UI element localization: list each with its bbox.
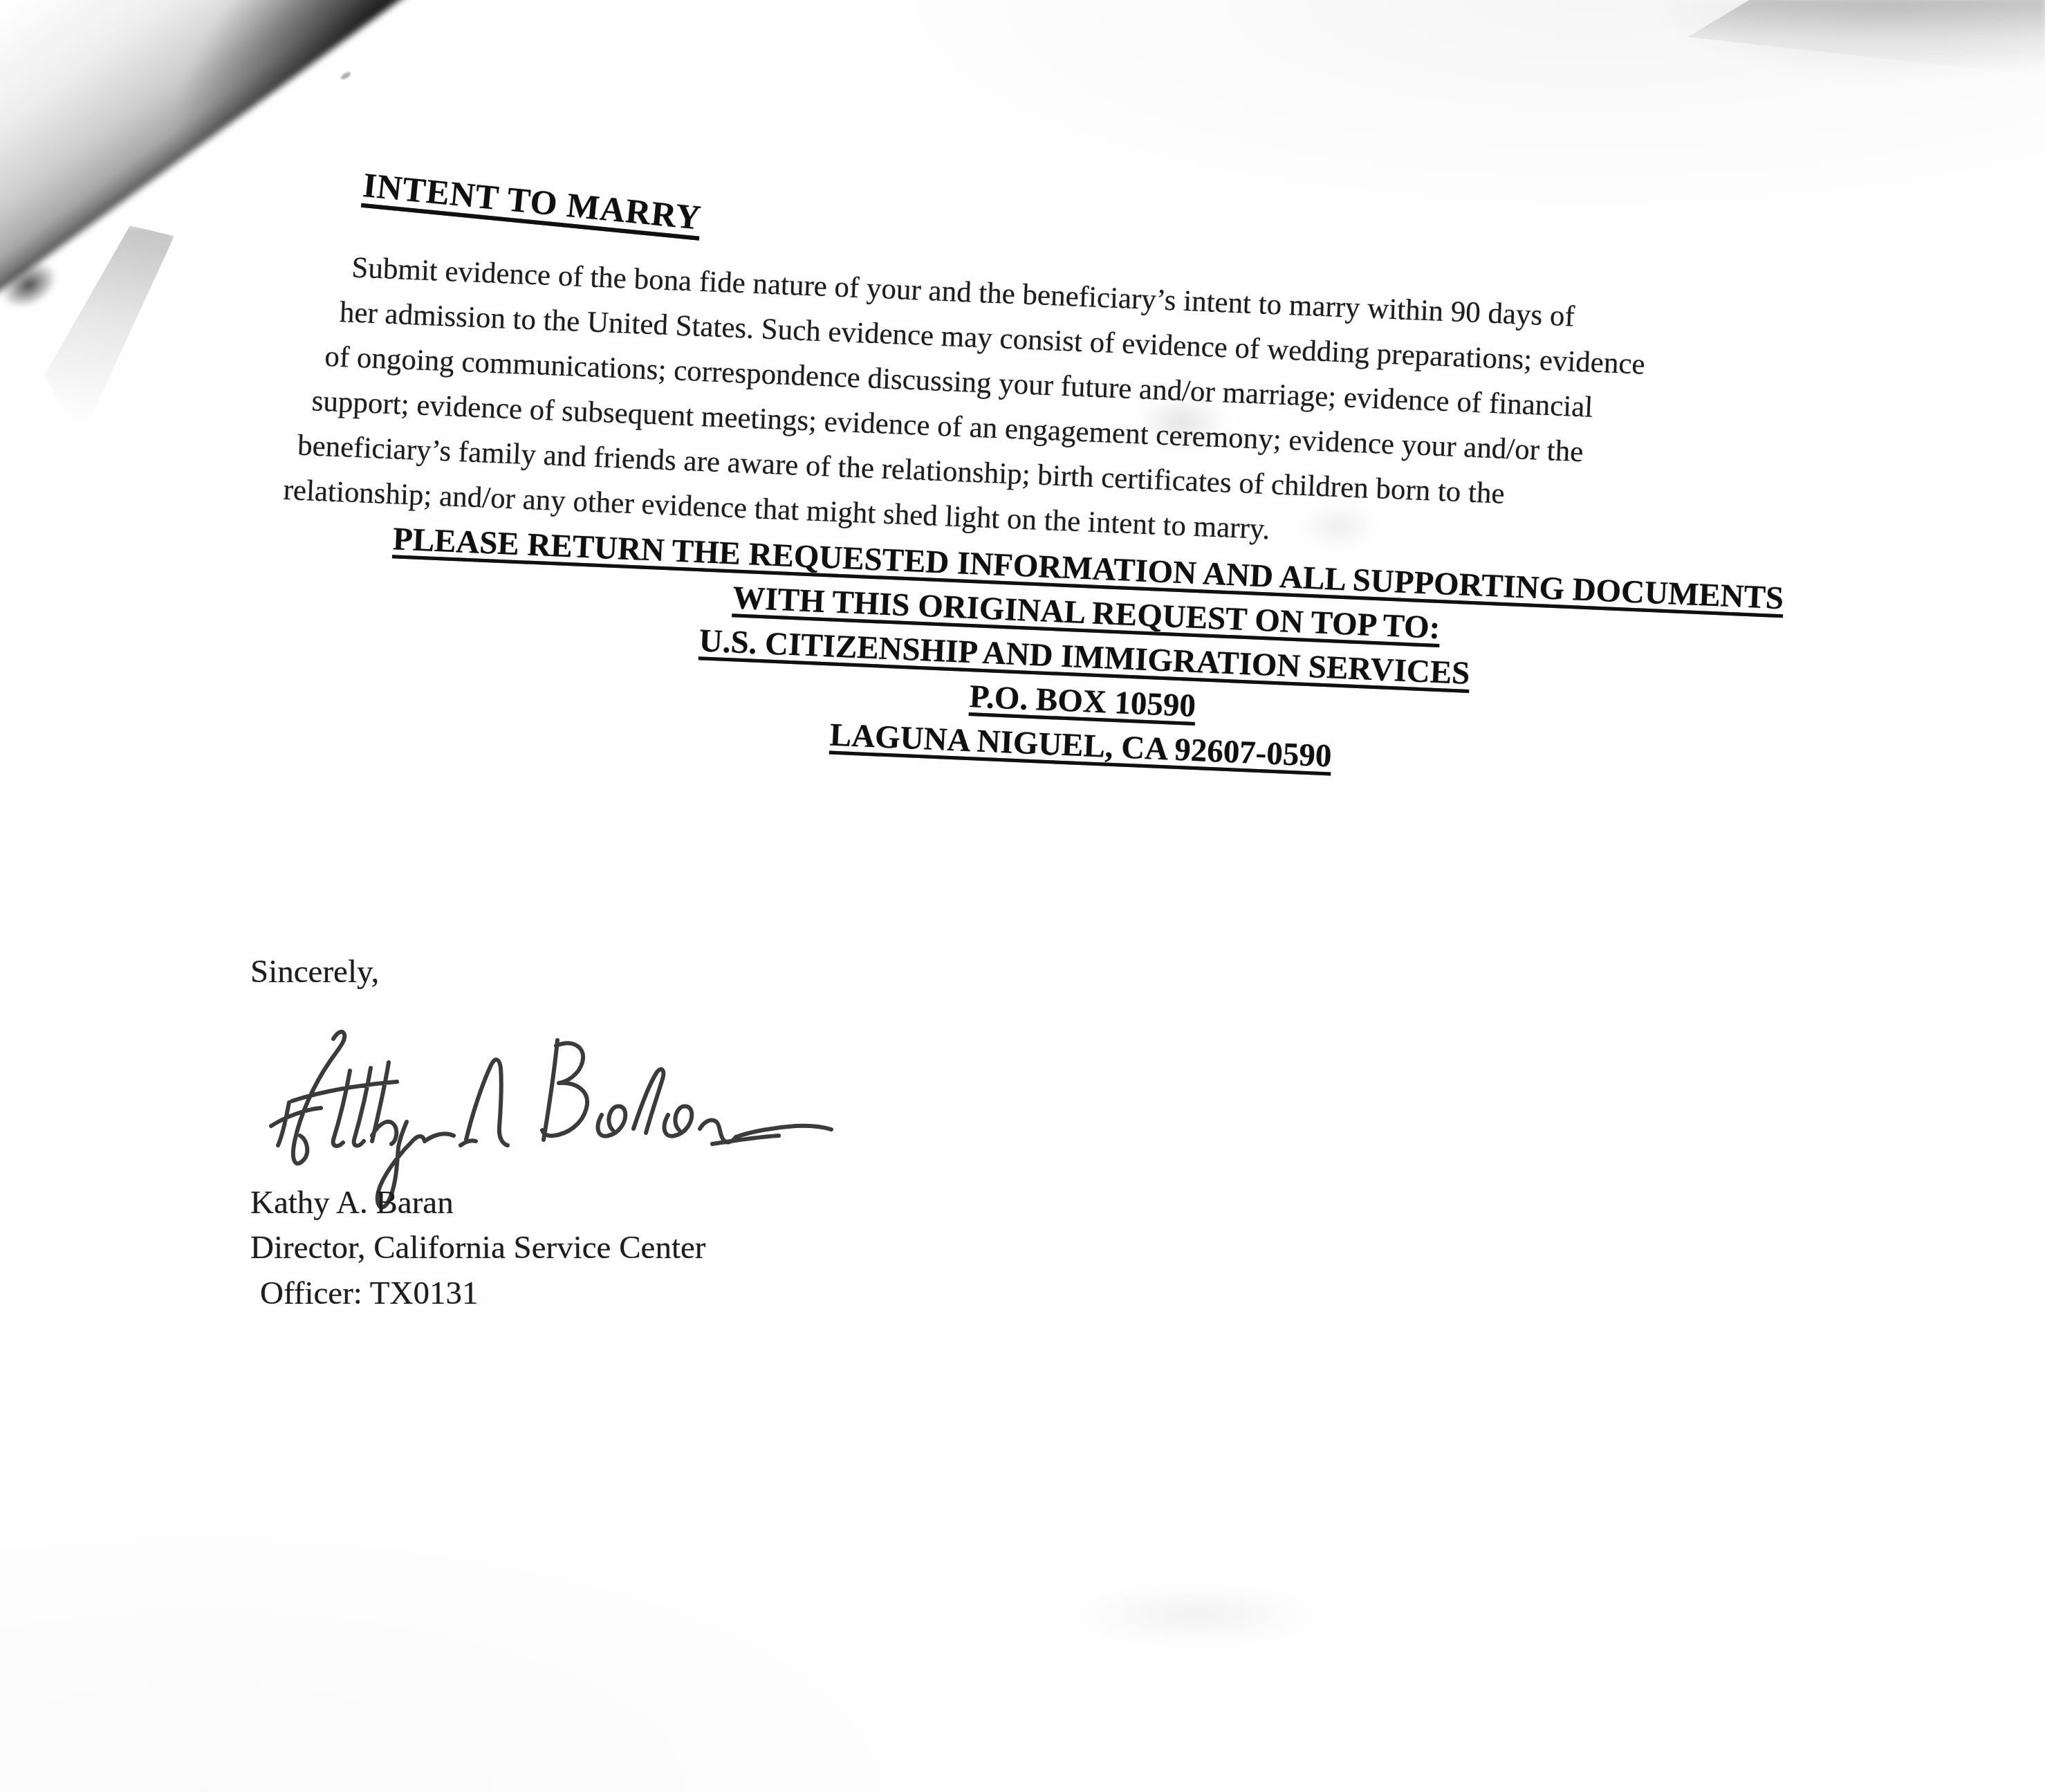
signer-name: Kathy A. Baran xyxy=(250,1184,454,1221)
scan-smudge xyxy=(1037,1577,1355,1653)
heading-intent-to-marry: INTENT TO MARRY xyxy=(361,165,703,238)
closing-sincerely: Sincerely, xyxy=(250,953,379,990)
signer-title: Director, California Service Center xyxy=(250,1229,705,1266)
signer-officer-code: Officer: TX0131 xyxy=(260,1275,478,1312)
scanned-letter-page: INTENT TO MARRY Submit evidence of the b… xyxy=(0,0,2045,1792)
scan-speck xyxy=(340,71,351,80)
signature-path xyxy=(271,1032,831,1208)
